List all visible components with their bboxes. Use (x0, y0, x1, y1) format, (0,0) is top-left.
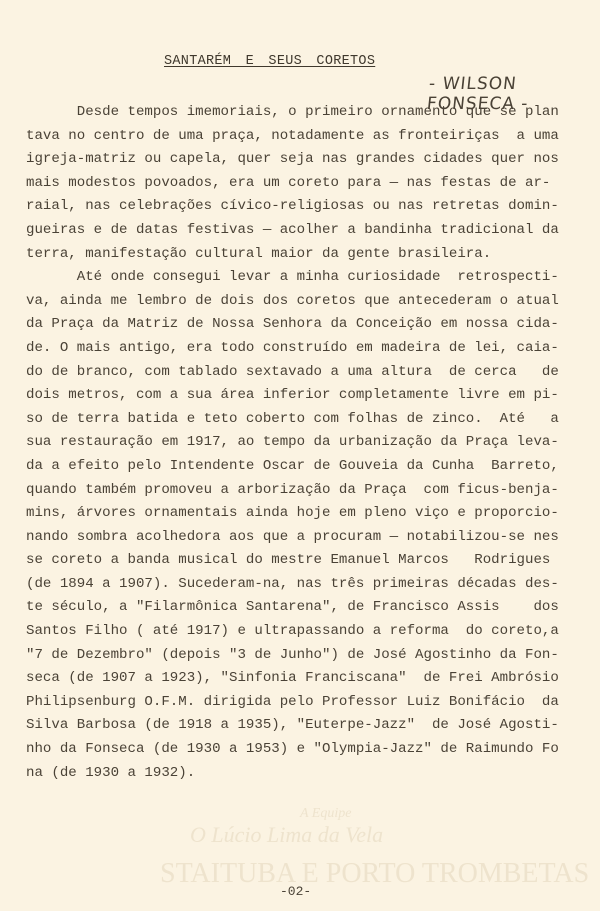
body-text: Desde tempos imemoriais, o primeiro orna… (26, 101, 571, 785)
text-line: so de terra batida e teto coberto com fo… (26, 408, 571, 432)
text-line: nho da Fonseca (de 1930 a 1953) e "Olymp… (26, 738, 571, 762)
text-line: de. O mais antigo, era todo construído e… (26, 337, 571, 361)
text-line: nando sombra acolhedora aos que a procur… (26, 526, 571, 550)
text-line: Santos Filho ( até 1917) e ultrapassando… (26, 620, 571, 644)
text-line: (de 1894 a 1907). Sucederam-na, nas três… (26, 573, 571, 597)
text-line: quando também promoveu a arborização da … (26, 479, 571, 503)
text-line: seca (de 1907 a 1923), "Sinfonia Francis… (26, 667, 571, 691)
text-line: se coreto a banda musical do mestre Eman… (26, 549, 571, 573)
show-through-text: A Equipe (300, 806, 351, 822)
text-line: da a efeito pelo Intendente Oscar de Gou… (26, 455, 571, 479)
show-through-text: STAITUBA E PORTO TROMBETAS (160, 858, 589, 890)
text-line: gueiras e de datas festivas — acolher a … (26, 219, 571, 243)
text-line: mins, árvores ornamentais ainda hoje em … (26, 502, 571, 526)
text-line: tava no centro de uma praça, notadamente… (26, 125, 571, 149)
text-line: terra, manifestação cultural maior da ge… (26, 243, 571, 267)
text-line: "7 de Dezembro" (depois "3 de Junho") de… (26, 644, 571, 668)
text-line: igreja-matriz ou capela, quer seja nas g… (26, 148, 571, 172)
text-line: Desde tempos imemoriais, o primeiro orna… (26, 101, 571, 125)
text-line: Philipsenburg O.F.M. dirigida pelo Profe… (26, 691, 571, 715)
text-line: Silva Barbosa (de 1918 a 1935), "Euterpe… (26, 714, 571, 738)
text-line: sua restauração em 1917, ao tempo da urb… (26, 431, 571, 455)
text-line: do de branco, com tablado sextavado a um… (26, 361, 571, 385)
text-line: Até onde consegui levar a minha curiosid… (26, 266, 571, 290)
text-line: va, ainda me lembro de dois dos coretos … (26, 290, 571, 314)
text-line: da Praça da Matriz de Nossa Senhora da C… (26, 313, 571, 337)
document-title: SANTARÉM E SEUS CORETOS (164, 54, 375, 69)
show-through-text: O Lúcio Lima da Vela (190, 822, 383, 848)
text-line: mais modestos povoados, era um coreto pa… (26, 172, 571, 196)
document-page: A Equipe O Lúcio Lima da Vela STAITUBA E… (0, 0, 600, 911)
page-number: -02- (280, 884, 311, 899)
text-line: dois metros, com a sua área inferior com… (26, 384, 571, 408)
text-line: raial, nas celebrações cívico-religiosas… (26, 195, 571, 219)
text-line: na (de 1930 a 1932). (26, 762, 571, 786)
text-line: te século, a "Filarmônica Santarena", de… (26, 596, 571, 620)
